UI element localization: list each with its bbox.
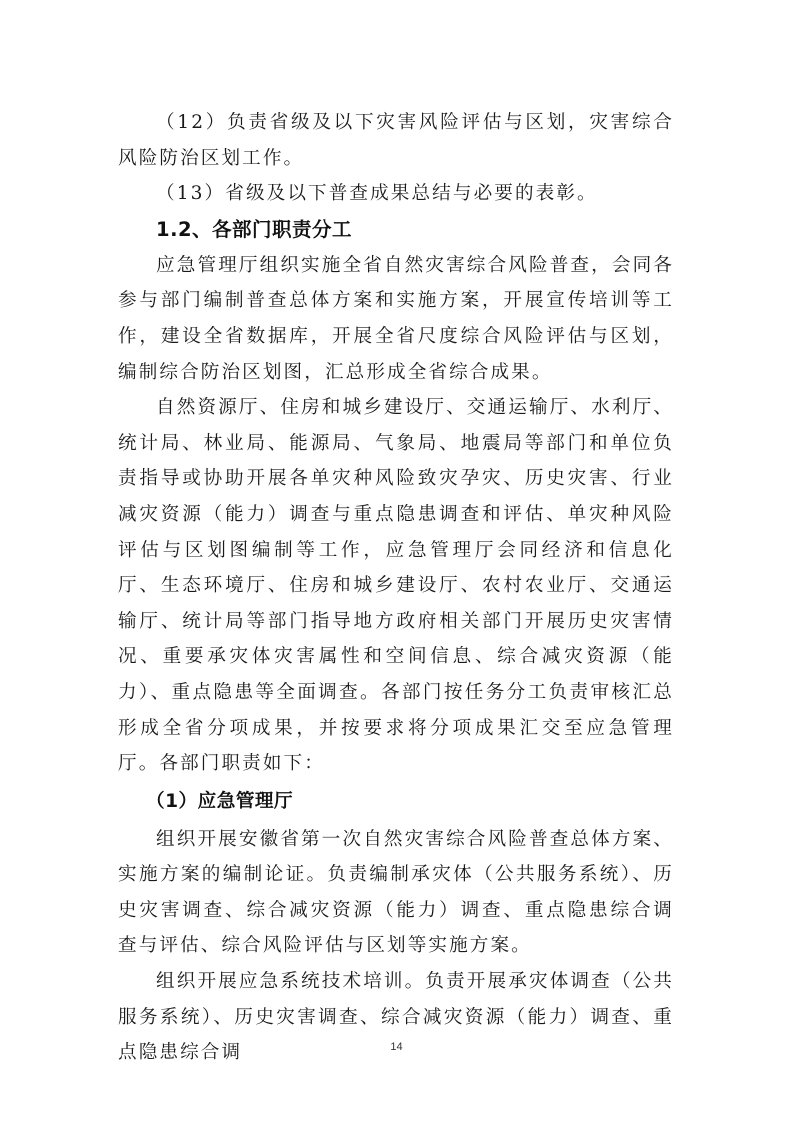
paragraph-overview: 应急管理厅组织实施全省自然灾害综合风险普查，会同各参与部门编制普查总体方案和实施… [118,248,674,390]
document-page: （12）负责省级及以下灾害风险评估与区划，灾害综合风险防治区划工作。 （13）省… [118,105,674,1071]
paragraph-emergency-training: 组织开展应急系统技术培训。负责开展承灾体调查（公共服务系统）、历史灾害调查、综合… [118,964,674,1071]
section-heading: 1.2、各部门职责分工 [118,212,674,248]
page-number: 14 [0,1041,793,1053]
paragraph-departments: 自然资源厅、住房和城乡建设厅、交通运输厅、水利厅、统计局、林业局、能源局、气象局… [118,390,674,782]
subsection-heading: （1）应急管理厅 [118,782,674,822]
paragraph-emergency-plan: 组织开展安徽省第一次自然灾害综合风险普查总体方案、实施方案的编制论证。负责编制承… [118,822,674,964]
paragraph-item-13: （13）省级及以下普查成果总结与必要的表彰。 [118,176,674,212]
paragraph-item-12: （12）负责省级及以下灾害风险评估与区划，灾害综合风险防治区划工作。 [118,105,674,176]
